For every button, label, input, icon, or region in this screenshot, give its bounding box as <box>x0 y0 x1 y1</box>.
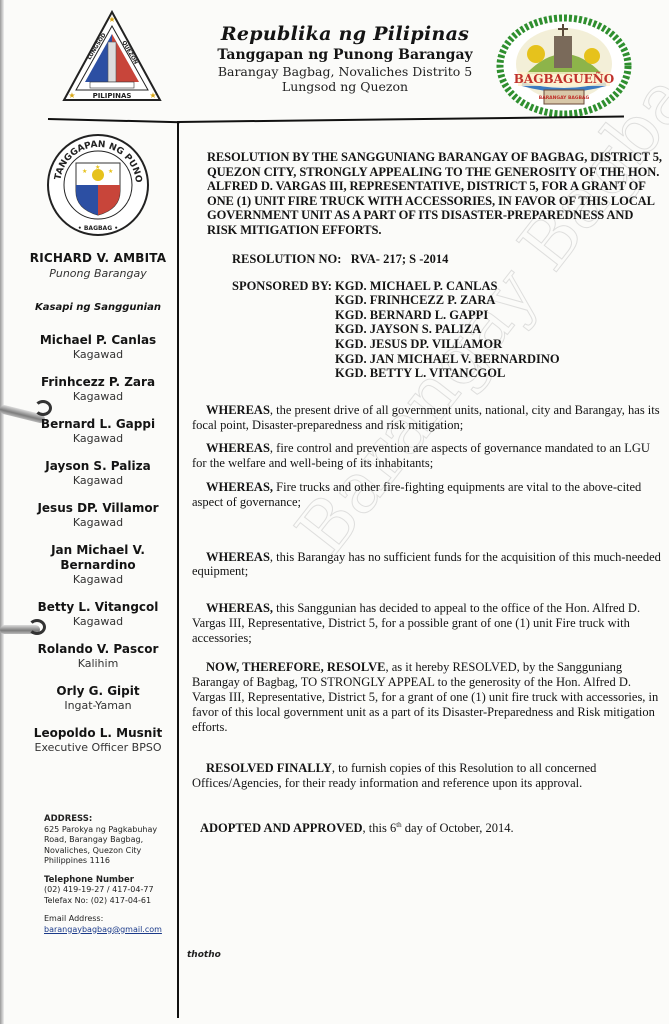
header-rule <box>48 118 180 123</box>
member-role: Kagawad <box>20 474 176 488</box>
svg-text:★: ★ <box>149 91 156 100</box>
resolution-body: RESOLUTION BY THE SANGGUNIANG BARANGAY O… <box>192 150 662 836</box>
svg-text:PILIPINAS: PILIPINAS <box>93 92 132 100</box>
address-line: Philippines 1116 <box>44 856 184 867</box>
member-role: Ingat-Yaman <box>20 699 176 713</box>
header-republic: Republika ng Pilipinas <box>200 22 490 46</box>
bagbag-seal-icon: BAGBAGUEÑO BARANGAY BAGBAG <box>492 14 636 118</box>
sponsor-item: KGD. MICHAEL P. CANLAS <box>335 279 560 294</box>
letterhead: Republika ng Pilipinas Tanggapan ng Puno… <box>200 22 490 94</box>
member-name: Rolando V. Pascor <box>20 642 176 657</box>
address-line: Road, Barangay Bagbag, <box>44 835 184 846</box>
contact-block: ADDRESS: 625 Parokya ng Pagkabuhay Road,… <box>44 814 184 935</box>
svg-text:BAGBAGUEÑO: BAGBAGUEÑO <box>514 71 614 86</box>
member-name: Bernard L. Gappi <box>20 417 176 432</box>
phone-number: (02) 419-19-27 / 417-04-77 <box>44 885 184 896</box>
member-role: Kalihim <box>20 657 176 671</box>
member-name: Jan Michael V. Bernardino <box>20 543 176 573</box>
email-label: Email Address: <box>44 914 184 925</box>
sponsor-item: KGD. JAYSON S. PALIZA <box>335 322 560 337</box>
resolution-page: PILIPINAS LUNGSOD QUEZON ★ ★ ★ Republika… <box>0 0 669 1024</box>
binder-edge <box>0 0 4 1024</box>
whereas-clause: WHEREAS, the present drive of all govern… <box>192 403 662 433</box>
council-member: Michael P. Canlas Kagawad <box>20 333 176 362</box>
member-name: Michael P. Canlas <box>20 333 176 348</box>
svg-text:BARANGAY BAGBAG: BARANGAY BAGBAG <box>539 95 590 101</box>
whereas-clause: WHEREAS, this Sanggunian has decided to … <box>192 601 662 645</box>
resolved-clause: NOW, THEREFORE, RESOLVE, as it hereby RE… <box>192 660 662 734</box>
whereas-clause: WHEREAS, fire control and prevention are… <box>192 441 662 471</box>
address-label: ADDRESS: <box>44 814 184 825</box>
member-role: Kagawad <box>20 348 176 362</box>
header-address: Barangay Bagbag, Novaliches Distrito 5 <box>200 64 490 79</box>
typist-initials: thotho <box>187 950 221 960</box>
whereas-clause: WHEREAS, this Barangay has no sufficient… <box>192 550 662 580</box>
email-link[interactable]: barangaybagbag@gmail.com <box>44 925 184 936</box>
header-city: Lungsod ng Quezon <box>200 79 490 94</box>
svg-text:★: ★ <box>68 91 75 100</box>
sponsor-item: KGD. FRINHCEZZ P. ZARA <box>335 293 560 308</box>
sponsor-item: KGD. JESUS DP. VILLAMOR <box>335 337 560 352</box>
captain-name: RICHARD V. AMBITA <box>20 251 176 265</box>
sponsors-label: SPONSORED BY: <box>232 279 332 381</box>
council-member: Bernard L. Gappi Kagawad <box>20 417 176 446</box>
sponsors-block: SPONSORED BY: KGD. MICHAEL P. CANLAS KGD… <box>232 279 662 381</box>
member-role: Kagawad <box>20 390 176 404</box>
sponsors-list: KGD. MICHAEL P. CANLAS KGD. FRINHCEZZ P.… <box>335 279 560 381</box>
council-member: Jayson S. Paliza Kagawad <box>20 459 176 488</box>
resolution-number-value: RVA- 217; S -2014 <box>351 252 449 266</box>
header-office: Tanggapan ng Punong Barangay <box>200 46 490 64</box>
quezon-city-seal-icon: PILIPINAS LUNGSOD QUEZON ★ ★ ★ <box>60 8 164 106</box>
captain-title: Punong Barangay <box>20 267 176 280</box>
resolution-title: RESOLUTION BY THE SANGGUNIANG BARANGAY O… <box>207 150 662 238</box>
sponsor-item: KGD. BETTY L. VITANCGOL <box>335 366 560 381</box>
punong-barangay-seal-icon: TANGGAPAN NG PUNONG BARANGAY • BAGBAG • … <box>46 133 150 237</box>
member-role: Kagawad <box>20 432 176 446</box>
member-name: Orly G. Gipit <box>20 684 176 699</box>
resolution-number-label: RESOLUTION NO: <box>232 252 341 266</box>
council-member: Leopoldo L. Musnit Executive Officer BPS… <box>20 726 176 755</box>
svg-text:★: ★ <box>108 168 113 175</box>
council-member: Rolando V. Pascor Kalihim <box>20 642 176 671</box>
council-sidebar: TANGGAPAN NG PUNONG BARANGAY • BAGBAG • … <box>20 125 176 755</box>
address-line: 625 Parokya ng Pagkabuhay <box>44 825 184 836</box>
svg-text:★: ★ <box>82 168 87 175</box>
member-role: Kagawad <box>20 615 176 629</box>
member-name: Leopoldo L. Musnit <box>20 726 176 741</box>
member-name: Frinhcezz P. Zara <box>20 375 176 390</box>
sponsor-item: KGD. JAN MICHAEL V. BERNARDINO <box>335 352 560 367</box>
phone-label: Telephone Number <box>44 875 184 886</box>
council-member: Betty L. Vitangcol Kagawad <box>20 600 176 629</box>
adopted-approved-line: ADOPTED AND APPROVED, this 6th day of Oc… <box>192 818 662 836</box>
header-rule <box>178 116 624 123</box>
address-line: Novaliches, Quezon City <box>44 846 184 857</box>
council-member: Jesus DP. Villamor Kagawad <box>20 501 176 530</box>
council-section-label: Kasapi ng Sanggunian <box>20 302 176 313</box>
member-name: Jesus DP. Villamor <box>20 501 176 516</box>
member-role: Executive Officer BPSO <box>20 741 176 755</box>
member-name: Jayson S. Paliza <box>20 459 176 474</box>
sponsor-item: KGD. BERNARD L. GAPPI <box>335 308 560 323</box>
council-member: Jan Michael V. Bernardino Kagawad <box>20 543 176 587</box>
council-member: Frinhcezz P. Zara Kagawad <box>20 375 176 404</box>
resolution-number: RESOLUTION NO: RVA- 217; S -2014 <box>232 252 662 267</box>
whereas-clause: WHEREAS, Fire trucks and other fire-figh… <box>192 480 662 510</box>
svg-text:• BAGBAG •: • BAGBAG • <box>78 225 118 232</box>
member-name: Betty L. Vitangcol <box>20 600 176 615</box>
svg-text:★: ★ <box>108 15 115 24</box>
member-role: Kagawad <box>20 516 176 530</box>
telefax-number: Telefax No: (02) 417-04-61 <box>44 896 184 907</box>
resolved-finally-clause: RESOLVED FINALLY, to furnish copies of t… <box>192 761 662 791</box>
svg-text:★: ★ <box>95 164 100 171</box>
member-role: Kagawad <box>20 573 176 587</box>
council-member: Orly G. Gipit Ingat-Yaman <box>20 684 176 713</box>
